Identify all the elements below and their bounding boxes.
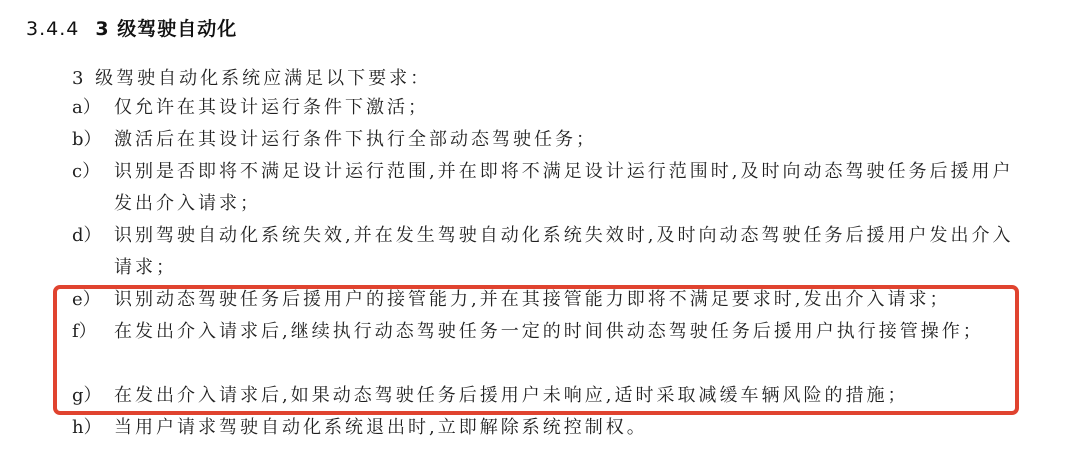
item-label: b）: [72, 124, 102, 156]
list-item-h: h） 当用户请求驾驶自动化系统退出时,立即解除系统控制权。: [72, 412, 1032, 444]
item-text: 当用户请求驾驶自动化系统退出时,立即解除系统控制权。: [114, 412, 1014, 444]
item-label: h）: [72, 412, 102, 444]
item-label: a）: [72, 92, 101, 124]
item-label: d）: [72, 220, 102, 252]
section-number: 3.4.4: [26, 18, 79, 40]
section-heading: 3.4.43 级驾驶自动化: [26, 14, 237, 41]
item-text: 识别是否即将不满足设计运行范围,并在即将不满足设计运行范围时,及时向动态驾驶任务…: [114, 156, 1014, 220]
list-item-b: b） 激活后在其设计运行条件下执行全部动态驾驶任务；: [72, 124, 1032, 156]
red-highlight-box: [53, 285, 1019, 415]
list-item-c: c） 识别是否即将不满足设计运行范围,并在即将不满足设计运行范围时,及时向动态驾…: [72, 156, 1032, 220]
item-label: c）: [72, 156, 100, 188]
item-text: 激活后在其设计运行条件下执行全部动态驾驶任务；: [114, 124, 1014, 156]
intro-paragraph: 3 级驾驶自动化系统应满足以下要求：: [72, 64, 431, 90]
item-text: 仅允许在其设计运行条件下激活；: [114, 92, 1014, 124]
section-title: 3 级驾驶自动化: [95, 18, 237, 40]
list-item-d: d） 识别驾驶自动化系统失效,并在发生驾驶自动化系统失效时,及时向动态驾驶任务后…: [72, 220, 1032, 284]
item-text: 识别驾驶自动化系统失效,并在发生驾驶自动化系统失效时,及时向动态驾驶任务后援用户…: [114, 220, 1014, 284]
list-item-a: a） 仅允许在其设计运行条件下激活；: [72, 92, 1032, 124]
